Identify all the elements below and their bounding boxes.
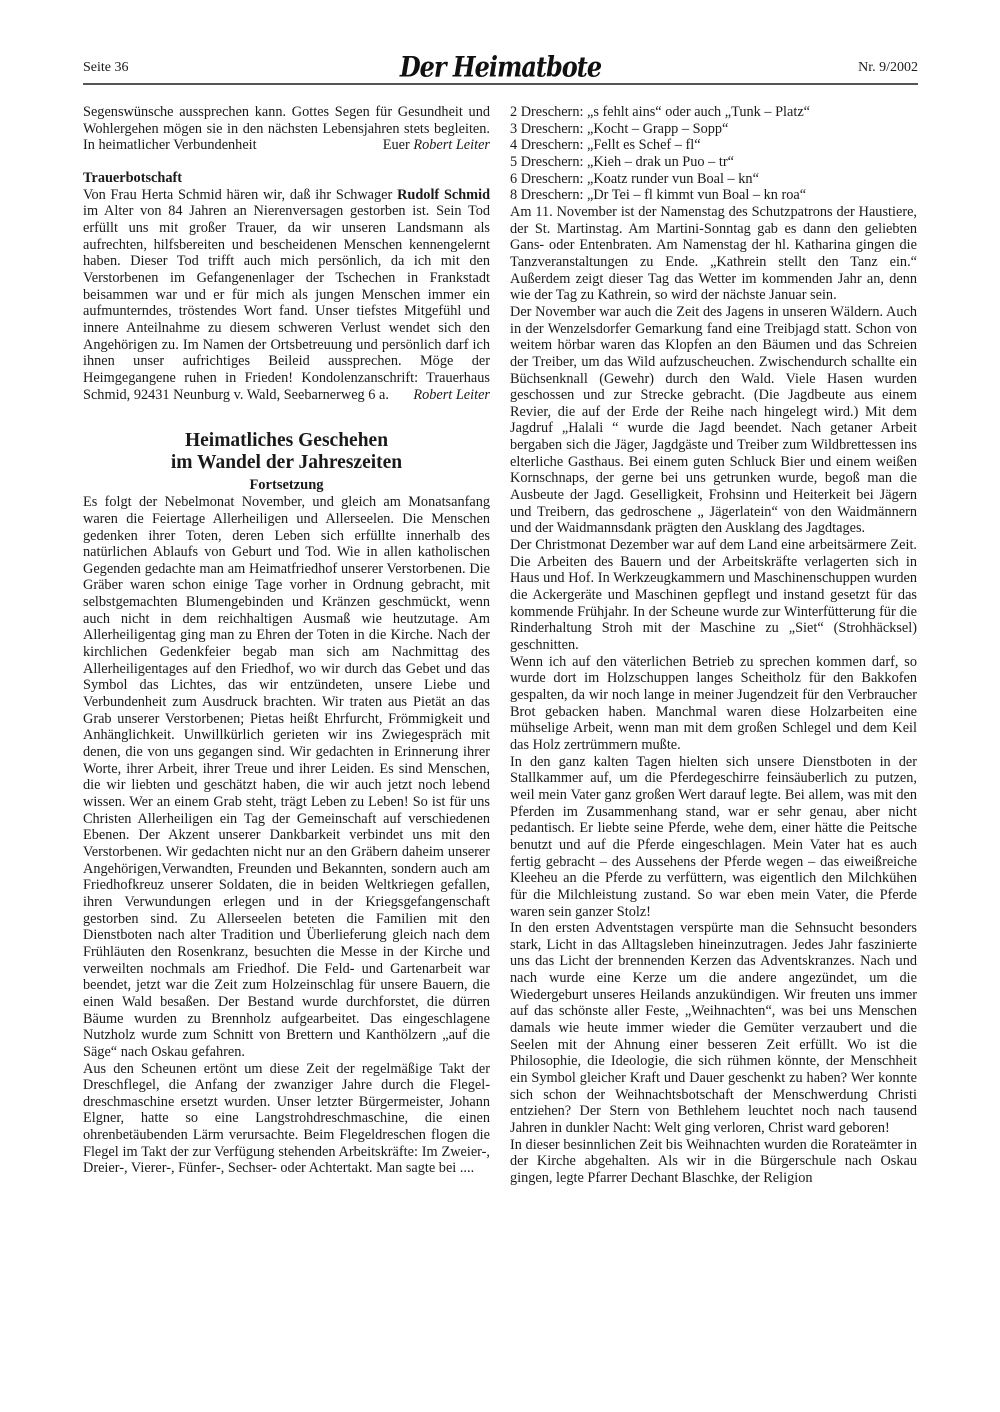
article-paragraph: Der Christmonat Dezember war auf dem Lan…	[510, 537, 917, 654]
article-paragraph: Wenn ich auf den väterlichen Betrieb zu …	[510, 654, 917, 754]
header-rule	[83, 83, 918, 85]
thresher-list: 2 Dreschern: „s fehlt ains“ oder auch „T…	[510, 104, 917, 204]
article-subtitle: Fortsetzung	[83, 476, 490, 494]
obituary-heading: Trauerbotschaft	[83, 170, 490, 187]
intro-sign-name: Robert Leiter	[413, 137, 490, 153]
page-header: Seite 36 Der Heimatbote Nr. 9/2002	[83, 52, 918, 82]
article-paragraph: In dieser besinnlichen Zeit bis Weihnach…	[510, 1137, 917, 1187]
article-paragraph: In den ersten Adventstagen verspürte man…	[510, 920, 917, 1137]
article-paragraph: Aus den Scheunen ertönt um diese Zeit de…	[83, 1061, 490, 1178]
thresher-list-item: 8 Dreschern: „Dr Tei – fl kimmt vun Boal…	[510, 187, 917, 204]
right-column: 2 Dreschern: „s fehlt ains“ oder auch „T…	[510, 104, 917, 1187]
obituary-text-2: im Alter von 84 Jahren an Nierenversagen…	[83, 203, 490, 402]
obituary-text: Von Frau Herta Schmid hären wir, daß ihr…	[83, 187, 490, 404]
obituary-text-1: Von Frau Herta Schmid hären wir, daß ihr…	[83, 187, 392, 203]
thresher-list-item: 2 Dreschern: „s fehlt ains“ oder auch „T…	[510, 104, 917, 121]
thresher-list-item: 5 Dreschern: „Kieh – drak un Puo – tr“	[510, 154, 917, 171]
thresher-list-item: 6 Dreschern: „Koatz runder vun Boal – kn…	[510, 171, 917, 188]
article-paragraph: Der November war auch die Zeit des Jagen…	[510, 304, 917, 537]
article-title-line-1: Heimatliches Geschehen	[83, 430, 490, 452]
obituary-signature-name: Robert Leiter	[413, 387, 490, 404]
article-title-line-2: im Wandel der Jahreszeiten	[83, 452, 490, 474]
article-paragraph: Es folgt der Nebelmonat November, und gl…	[83, 494, 490, 1060]
thresher-list-item: 4 Dreschern: „Fellt es Schef – fl“	[510, 137, 917, 154]
left-column: Segenswünsche aussprechen kann. Gottes S…	[83, 104, 490, 1177]
deceased-name: Rudolf Schmid	[397, 187, 490, 203]
article-paragraph: Am 11. November ist der Namenstag des Sc…	[510, 204, 917, 304]
thresher-list-item: 3 Dreschern: „Kocht – Grapp – Sopp“	[510, 121, 917, 138]
masthead-logo: Der Heimatbote	[83, 50, 918, 83]
article-title: Heimatliches Geschehen im Wandel der Jah…	[83, 430, 490, 474]
article-paragraph: In den ganz kalten Tagen hielten sich un…	[510, 754, 917, 921]
intro-sign-prefix: Euer	[383, 137, 410, 153]
issue-number: Nr. 9/2002	[858, 60, 918, 76]
